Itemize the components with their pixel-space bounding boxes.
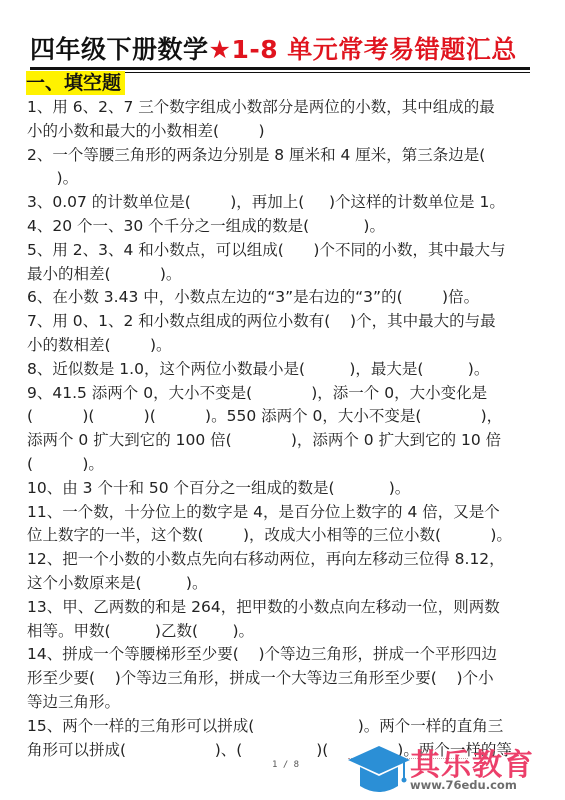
question-line: 小的数相差( )。 — [27, 334, 537, 358]
question-line: 8、近似数是 1.0，这个两位小数最小是( )，最大是( )。 — [27, 358, 537, 382]
question-line: 9、41.5 添两个 0，大小不变是( )，添一个 0，大小变化是 — [27, 382, 537, 406]
question-line: ( )。 — [27, 453, 537, 477]
question-line: 13、甲、乙两数的和是 264，把甲数的小数点向左移动一位，则两数 — [27, 596, 537, 620]
question-line: 3、0.07 的计数单位是( )，再加上( )个这样的计数单位是 1。 — [27, 191, 537, 215]
question-list: 1、用 6、2、7 三个数字组成小数部分是两位的小数，其中组成的最 小的小数和最… — [27, 96, 537, 762]
question-line: 等边三角形。 — [27, 691, 537, 715]
graduation-cap-icon — [346, 742, 412, 798]
question-line: 小的小数和最大的小数相差( ) — [27, 120, 537, 144]
question-line: 7、用 0、1、2 和小数点组成的两位小数有( )个，其中最大的与最 — [27, 310, 537, 334]
document-title: 四年级下册数学★1-8 单元常考易错题汇总 — [30, 35, 530, 65]
question-line: 这个小数原来是( )。 — [27, 572, 537, 596]
question-line: 形至少要( )个等边三角形，拼成一个大等边三角形至少要( )个小 — [27, 667, 537, 691]
question-line: )。 — [27, 167, 537, 191]
page-number: 1 / 8 — [272, 760, 299, 770]
question-line: 5、用 2、3、4 和小数点，可以组成( )个不同的小数，其中最大与 — [27, 239, 537, 263]
question-line: 最小的相差( )。 — [27, 263, 537, 287]
question-line: 4、20 个一、30 个千分之一组成的数是( )。 — [27, 215, 537, 239]
question-line: 15、两个一样的三角形可以拼成( )。两个一样的直角三 — [27, 715, 537, 739]
title-black-part: 四年级下册数学 — [30, 35, 209, 64]
question-line: 10、由 3 个十和 50 个百分之一组成的数是( )。 — [27, 477, 537, 501]
star-icon: ★ — [209, 35, 232, 64]
question-line: 11、一个数，十分位上的数字是 4，是百分位上数字的 4 倍，又是个 — [27, 501, 537, 525]
title-red-part: 1-8 单元常考易错题汇总 — [231, 35, 516, 64]
document-title-block: 四年级下册数学★1-8 单元常考易错题汇总 — [30, 35, 530, 73]
title-underline-thick — [30, 67, 530, 70]
question-line: 位上数字的一半，这个数( )，改成大小相等的三位小数( )。 — [27, 524, 537, 548]
section-heading-fill-in-blank: 一、填空题 — [26, 71, 125, 95]
question-line: 添两个 0 扩大到它的 100 倍( )，添两个 0 扩大到它的 10 倍 — [27, 429, 537, 453]
question-line: 14、拼成一个等腰梯形至少要( )个等边三角形，拼成一个平形四边 — [27, 643, 537, 667]
question-line: 6、在小数 3.43 中，小数点左边的“3”是右边的“3”的( )倍。 — [27, 286, 537, 310]
question-line: 相等。甲数( )乙数( )。 — [27, 620, 537, 644]
watermark: 其乐教育 www.76edu.com — [346, 740, 561, 800]
question-line: ( )( )( )。550 添两个 0，大小不变是( )， — [27, 405, 537, 429]
question-line: 1、用 6、2、7 三个数字组成小数部分是两位的小数，其中组成的最 — [27, 96, 537, 120]
watermark-url: www.76edu.com — [410, 778, 517, 792]
question-line: 12、把一个小数的小数点先向右移动两位，再向左移动三位得 8.12， — [27, 548, 537, 572]
question-line: 2、一个等腰三角形的两条边分别是 8 厘米和 4 厘米，第三条边是( — [27, 144, 537, 168]
